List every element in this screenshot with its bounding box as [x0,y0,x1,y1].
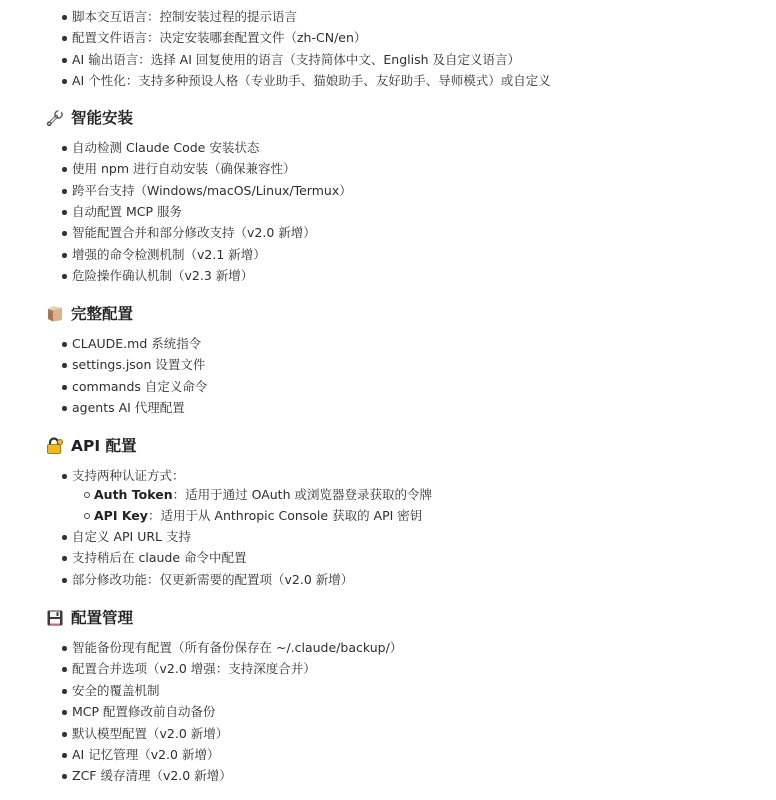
list-item: 自动配置 MCP 服务 [72,201,182,222]
list-item: 使用 npm 进行自动安装（确保兼容性） [72,158,295,179]
section-heading-api-config: API 配置 [46,434,137,458]
list-item: 自定义 API URL 支持 [72,526,191,547]
list-item: 安全的覆盖机制 [72,680,160,701]
list-item: agents AI 代理配置 [72,397,185,418]
section-heading-config-management: 配置管理 [46,606,133,630]
list-item: 危险操作确认机制（v2.3 新增） [72,265,253,286]
lock-key-icon [46,437,64,455]
list-item: CLAUDE.md 系统指令 [72,333,201,354]
section-title: API 配置 [71,434,137,458]
api-key-label: API Key [94,508,148,523]
list-item: 支持稍后在 claude 命令中配置 [72,547,247,568]
list-item: 配置合并选项（v2.0 增强：支持深度合并） [72,658,316,679]
list-item: MCP 配置修改前自动备份 [72,701,216,722]
list-item: 脚本交互语言：控制安装过程的提示语言 [72,6,297,27]
list-item: AI 个性化：支持多种预设人格（专业助手、猫娘助手、友好助手、导师模式）或自定义 [72,70,551,91]
section-heading-full-config: 完整配置 [46,302,133,326]
list-item: 部分修改功能：仅更新需要的配置项（v2.0 新增） [72,569,353,590]
list-item: 自动检测 Claude Code 安装状态 [72,137,259,158]
list-item: 配置文件语言：决定安装哪套配置文件（zh-CN/en） [72,27,366,48]
package-icon [46,305,64,323]
section-title: 完整配置 [71,302,133,326]
list-item: AI 输出语言：选择 AI 回复使用的语言（支持简体中文、English 及自定… [72,49,520,70]
list-item: AI 记忆管理（v2.0 新增） [72,744,219,765]
list-item: 跨平台支持（Windows/macOS/Linux/Termux） [72,180,352,201]
auth-token-desc: ：适用于通过 OAuth 或浏览器登录获取的令牌 [173,487,432,502]
list-item: settings.json 设置文件 [72,354,205,375]
list-item: 智能配置合并和部分修改支持（v2.0 新增） [72,222,316,243]
api-key-desc: ：适用于从 Anthropic Console 获取的 API 密钥 [148,508,422,523]
list-item: 智能备份现有配置（所有备份保存在 ~/.claude/backup/） [72,637,402,658]
auth-token-label: Auth Token [94,487,173,502]
list-item: 默认模型配置（v2.0 新增） [72,723,228,744]
wrench-icon [46,109,64,127]
section-heading-smart-install: 智能安装 [46,106,133,130]
section-title: 智能安装 [71,106,133,130]
list-item: ZCF 缓存清理（v2.0 新增） [72,765,232,786]
sub-list-item-api-key: API Key：适用于从 Anthropic Console 获取的 API 密… [94,505,422,526]
sub-list-item-auth-token: Auth Token：适用于通过 OAuth 或浏览器登录获取的令牌 [94,484,432,505]
list-item: commands 自定义命令 [72,376,207,397]
floppy-disk-icon [46,609,64,627]
list-item: 增强的命令检测机制（v2.1 新增） [72,244,266,265]
list-item: 支持两种认证方式： [72,465,185,486]
section-title: 配置管理 [71,606,133,630]
